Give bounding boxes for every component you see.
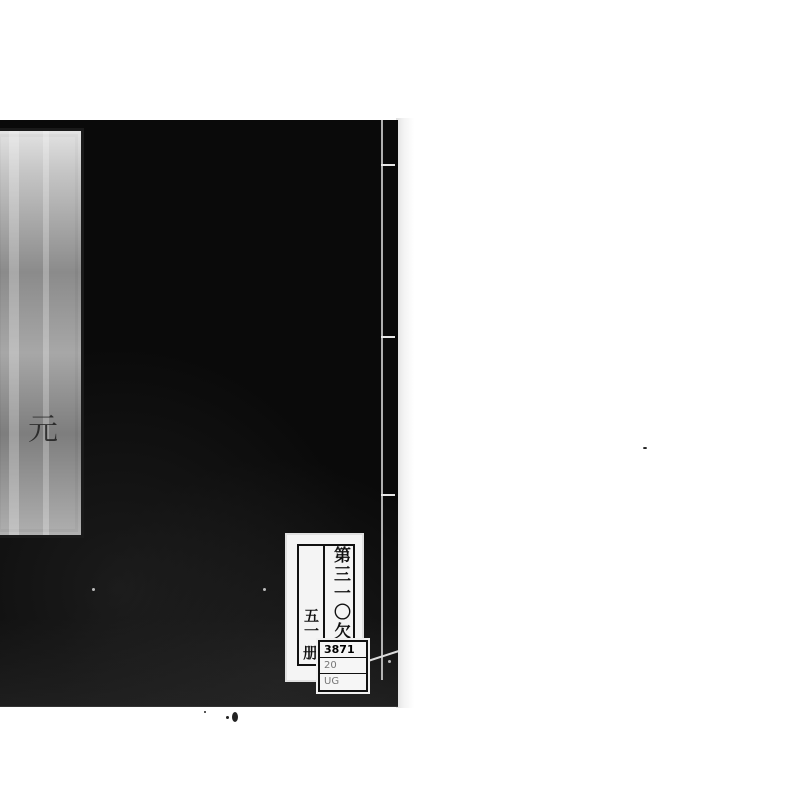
binding-stitch [381, 494, 395, 496]
dust-speck [204, 711, 206, 713]
title-slip-streak [9, 131, 19, 535]
binding-spine-line [381, 120, 383, 680]
dust-speck [388, 660, 391, 663]
dust-speck [643, 447, 647, 449]
catalog-number-box: 3871 20 UG [318, 640, 368, 692]
binding-stitch [381, 164, 395, 166]
catalog-number-row: 3871 [320, 642, 366, 658]
title-slip-streak [43, 131, 49, 535]
scan-page: 元 第三一〇欠 五一 册 3871 20 UG [0, 0, 800, 800]
dust-speck [232, 712, 238, 722]
dust-speck [226, 716, 229, 719]
binding-stitch [381, 336, 395, 338]
book-cover: 元 第三一〇欠 五一 册 3871 20 UG [0, 120, 398, 706]
dust-speck [263, 588, 266, 591]
dust-speck [92, 588, 95, 591]
catalog-number-row: 20 [320, 658, 366, 674]
title-slip: 元 [0, 128, 84, 538]
catalog-label-main-text: 第三一〇欠 [327, 546, 353, 641]
page-edge-shadow [396, 118, 414, 708]
catalog-label-side-text: 五一 [301, 608, 321, 638]
catalog-number-row: UG [320, 674, 366, 689]
title-slip-text: 元 [17, 413, 61, 443]
